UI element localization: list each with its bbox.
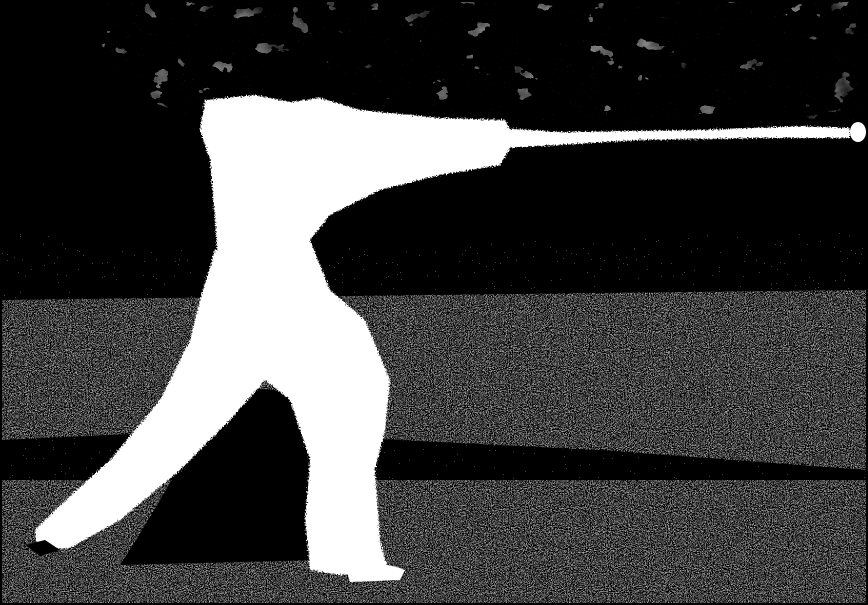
distant-object [850,122,866,142]
halftone-scene [0,0,868,605]
photograph [0,0,868,605]
